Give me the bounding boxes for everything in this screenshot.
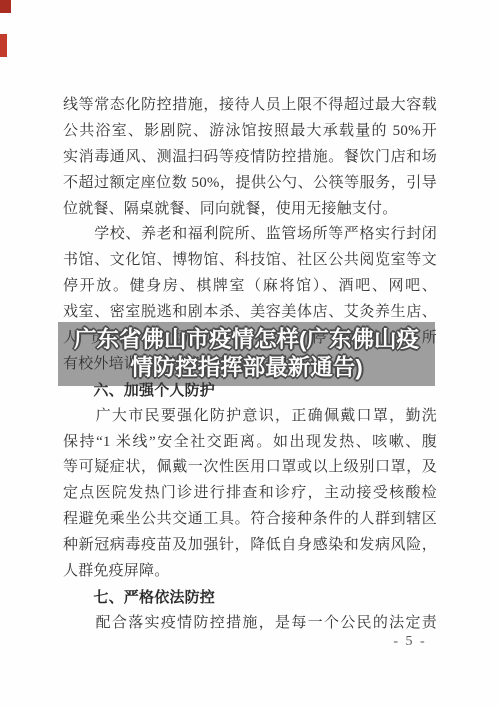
doc-text-line: 学校、养老和福利院所、监管场所等严格实行封闭管理。图: [63, 222, 437, 248]
overlay-title-line-2: 情防控指挥部最新通告): [58, 354, 435, 382]
doc-text-line: 不超过额定座位数 50%，提供公勺、公筷等服务，引导消费者隔: [63, 171, 437, 197]
red-edge-stamp-mark: [0, 34, 7, 57]
doc-heading-line: 七、严格依法防控: [63, 585, 437, 611]
doc-text-line: 实消毒通风、测温扫码等疫情防控措施。餐饮门店和场所接待量: [63, 145, 437, 171]
doc-text-line: 公共浴室、影剧院、游泳馆按照最大承载量的 50%开放，严格落: [63, 119, 437, 145]
doc-text-line: 位就餐、隔桌就餐、同向就餐，使用无接触支付。: [63, 197, 437, 223]
doc-text-line: 停开放。健身房、棋牌室（麻将馆）、酒吧、网吧、KTV、游艺游: [63, 274, 437, 300]
doc-text-line: 等可疑症状，佩戴一次性医用口罩或以上级别口罩，及时到本地: [63, 455, 437, 481]
doc-text-line: 广大市民要强化防护意识，正确佩戴口罩，勤洗手、常通风、: [63, 404, 437, 430]
overlay-title-line-1: 广东省佛山市疫情怎样(广东佛山疫: [58, 326, 435, 354]
doc-text-line: 种新冠病毒疫苗及加强针，降低自身感染和发病风险，共同筑牢: [63, 533, 437, 559]
doc-text-line: 配合落实疫情防控措施，是每一个公民的法定责任。个人如: [63, 611, 437, 637]
doc-text-line: 书馆、文化馆、博物馆、科技馆、社区公共阅览室等文旅场所暂: [63, 248, 437, 274]
scanned-document-page: 线等常态化防控措施，接待人员上限不得超过最大容载量的 50%。公共浴室、影剧院、…: [0, 0, 500, 706]
doc-text-line: 保持“1 米线”安全社交距离。如出现发热、咳嗽、腹泻、乏力: [63, 430, 437, 456]
doc-text-line: 程避免乘坐公共交通工具。符合接种条件的人群到辖区接种点接: [63, 507, 437, 533]
title-overlay-banner: 广东省佛山市疫情怎样(广东佛山疫 情防控指挥部最新通告): [58, 322, 435, 386]
red-corner-stamp-mark: [0, 0, 11, 13]
doc-text-line: 人群免疫屏障。: [63, 559, 437, 585]
doc-text-line: 定点医院发热门诊进行排查和诊疗，主动接受核酸检测，就医过: [63, 481, 437, 507]
doc-text-line: 线等常态化防控措施，接待人员上限不得超过最大容载量的 50%。: [63, 93, 437, 119]
